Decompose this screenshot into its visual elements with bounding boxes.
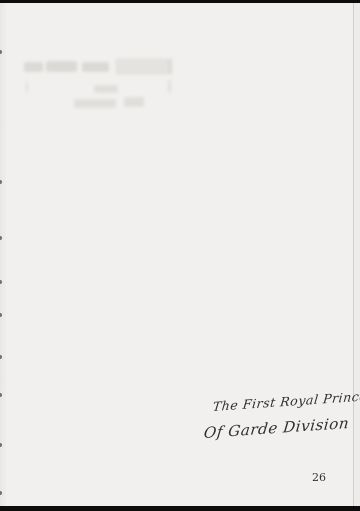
binding-speck bbox=[0, 50, 2, 54]
handwritten-caption-line2: Of Garde Division bbox=[203, 414, 350, 442]
binding-speck bbox=[0, 180, 2, 184]
binding-speck bbox=[0, 236, 2, 240]
binding-speck bbox=[0, 313, 2, 317]
bleedthrough-blot bbox=[168, 80, 171, 93]
binding-speck bbox=[0, 355, 2, 359]
page-number: 26 bbox=[312, 471, 326, 484]
scanned-page: The First Royal Princess Of Garde Divisi… bbox=[0, 0, 360, 511]
binding-speck bbox=[0, 393, 2, 397]
ink-bleedthrough bbox=[24, 57, 176, 115]
binding-speck bbox=[0, 280, 2, 284]
bleedthrough-blot bbox=[82, 62, 109, 72]
bleedthrough-blot bbox=[26, 81, 28, 93]
page-right-edge-shadow bbox=[354, 3, 360, 506]
bleedthrough-blot bbox=[94, 85, 118, 93]
bleedthrough-blot bbox=[116, 59, 170, 74]
bleedthrough-blot bbox=[124, 97, 144, 107]
bleedthrough-blot bbox=[46, 61, 77, 72]
binding-speck bbox=[0, 443, 2, 447]
handwritten-caption-line1: The First Royal Princess bbox=[212, 387, 360, 414]
bleedthrough-blot bbox=[24, 62, 43, 72]
bleedthrough-blot bbox=[74, 99, 116, 108]
binding-speck bbox=[0, 491, 2, 495]
bleedthrough-blot bbox=[170, 58, 172, 75]
scan-border-bottom bbox=[0, 506, 360, 511]
scan-border-top bbox=[0, 0, 360, 3]
